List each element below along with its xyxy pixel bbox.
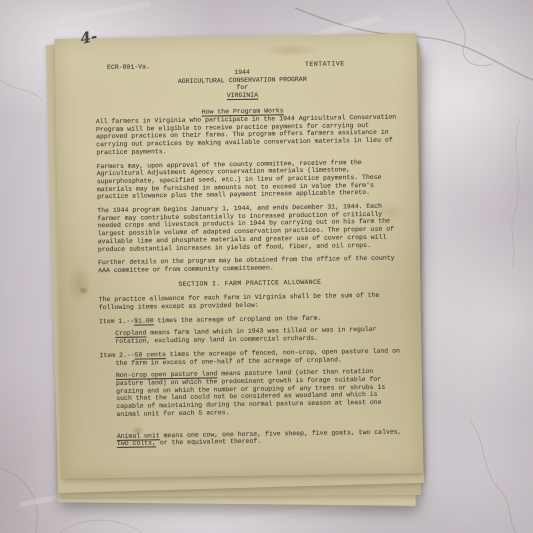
- item-2-prefix: Item 2.--: [99, 352, 134, 360]
- paper-stain: [260, 43, 320, 58]
- item-1-rest: times the acreage of cropland on the far…: [154, 314, 322, 324]
- animal-rest: or the equivalent thereof.: [156, 438, 261, 447]
- document-page: 4- ECR-801-Va. TENTATIVE 1944 AGRICULTUR…: [55, 33, 424, 479]
- paragraph-2: Farmers may, upon approval of the county…: [97, 158, 401, 201]
- paragraph-4: Further details on the program may be ob…: [98, 255, 401, 275]
- item-2-term: 50 cents: [135, 351, 166, 358]
- section-heading: SECTION I. FARM PRACTICE ALLOWANCE: [98, 277, 401, 289]
- cropland-rest: means farm land which in 1943 was tilled…: [115, 326, 376, 345]
- item-2: Item 2.--50 cents times the acreage of f…: [99, 347, 402, 367]
- definition-cropland: Cropland means farm land which in 1943 w…: [115, 326, 401, 346]
- paper-stain: [78, 286, 88, 294]
- item-1: Item 1.--$1.00 times the acreage of crop…: [99, 313, 402, 325]
- photo-scene: 4- ECR-801-Va. TENTATIVE 1944 AGRICULTUR…: [0, 0, 533, 533]
- form-header-row: ECR-801-Va. TENTATIVE: [55, 59, 417, 65]
- cropland-term: Cropland: [115, 330, 146, 337]
- item-1-term: $1.00: [134, 317, 154, 324]
- animal-mid: means one cow, one horse, five sheep, fi…: [160, 428, 402, 439]
- item-1-prefix: Item 1.--: [99, 317, 134, 325]
- paper-stain: [66, 263, 93, 303]
- animal-term2: two colts,: [117, 440, 156, 448]
- pencil-mark: 4-: [80, 33, 98, 44]
- definition-noncrop-pasture: Non-crop open pasture land means pasture…: [116, 368, 403, 419]
- paragraph-1: All farmers in Virginia who participate …: [96, 113, 400, 156]
- paragraph-5: The practice allowance for each farm in …: [99, 292, 402, 312]
- definition-animal-unit: Animal unit means one cow, one horse, fi…: [117, 428, 403, 448]
- paragraph-3: The 1944 program begins January 1, 1944,…: [97, 202, 401, 253]
- animal-term: Animal unit: [117, 432, 160, 440]
- title-block: 1944 AGRICULTURAL CONSERVATION PROGRAM f…: [85, 66, 400, 117]
- document-body: All farmers in Virginia who participate …: [96, 113, 404, 454]
